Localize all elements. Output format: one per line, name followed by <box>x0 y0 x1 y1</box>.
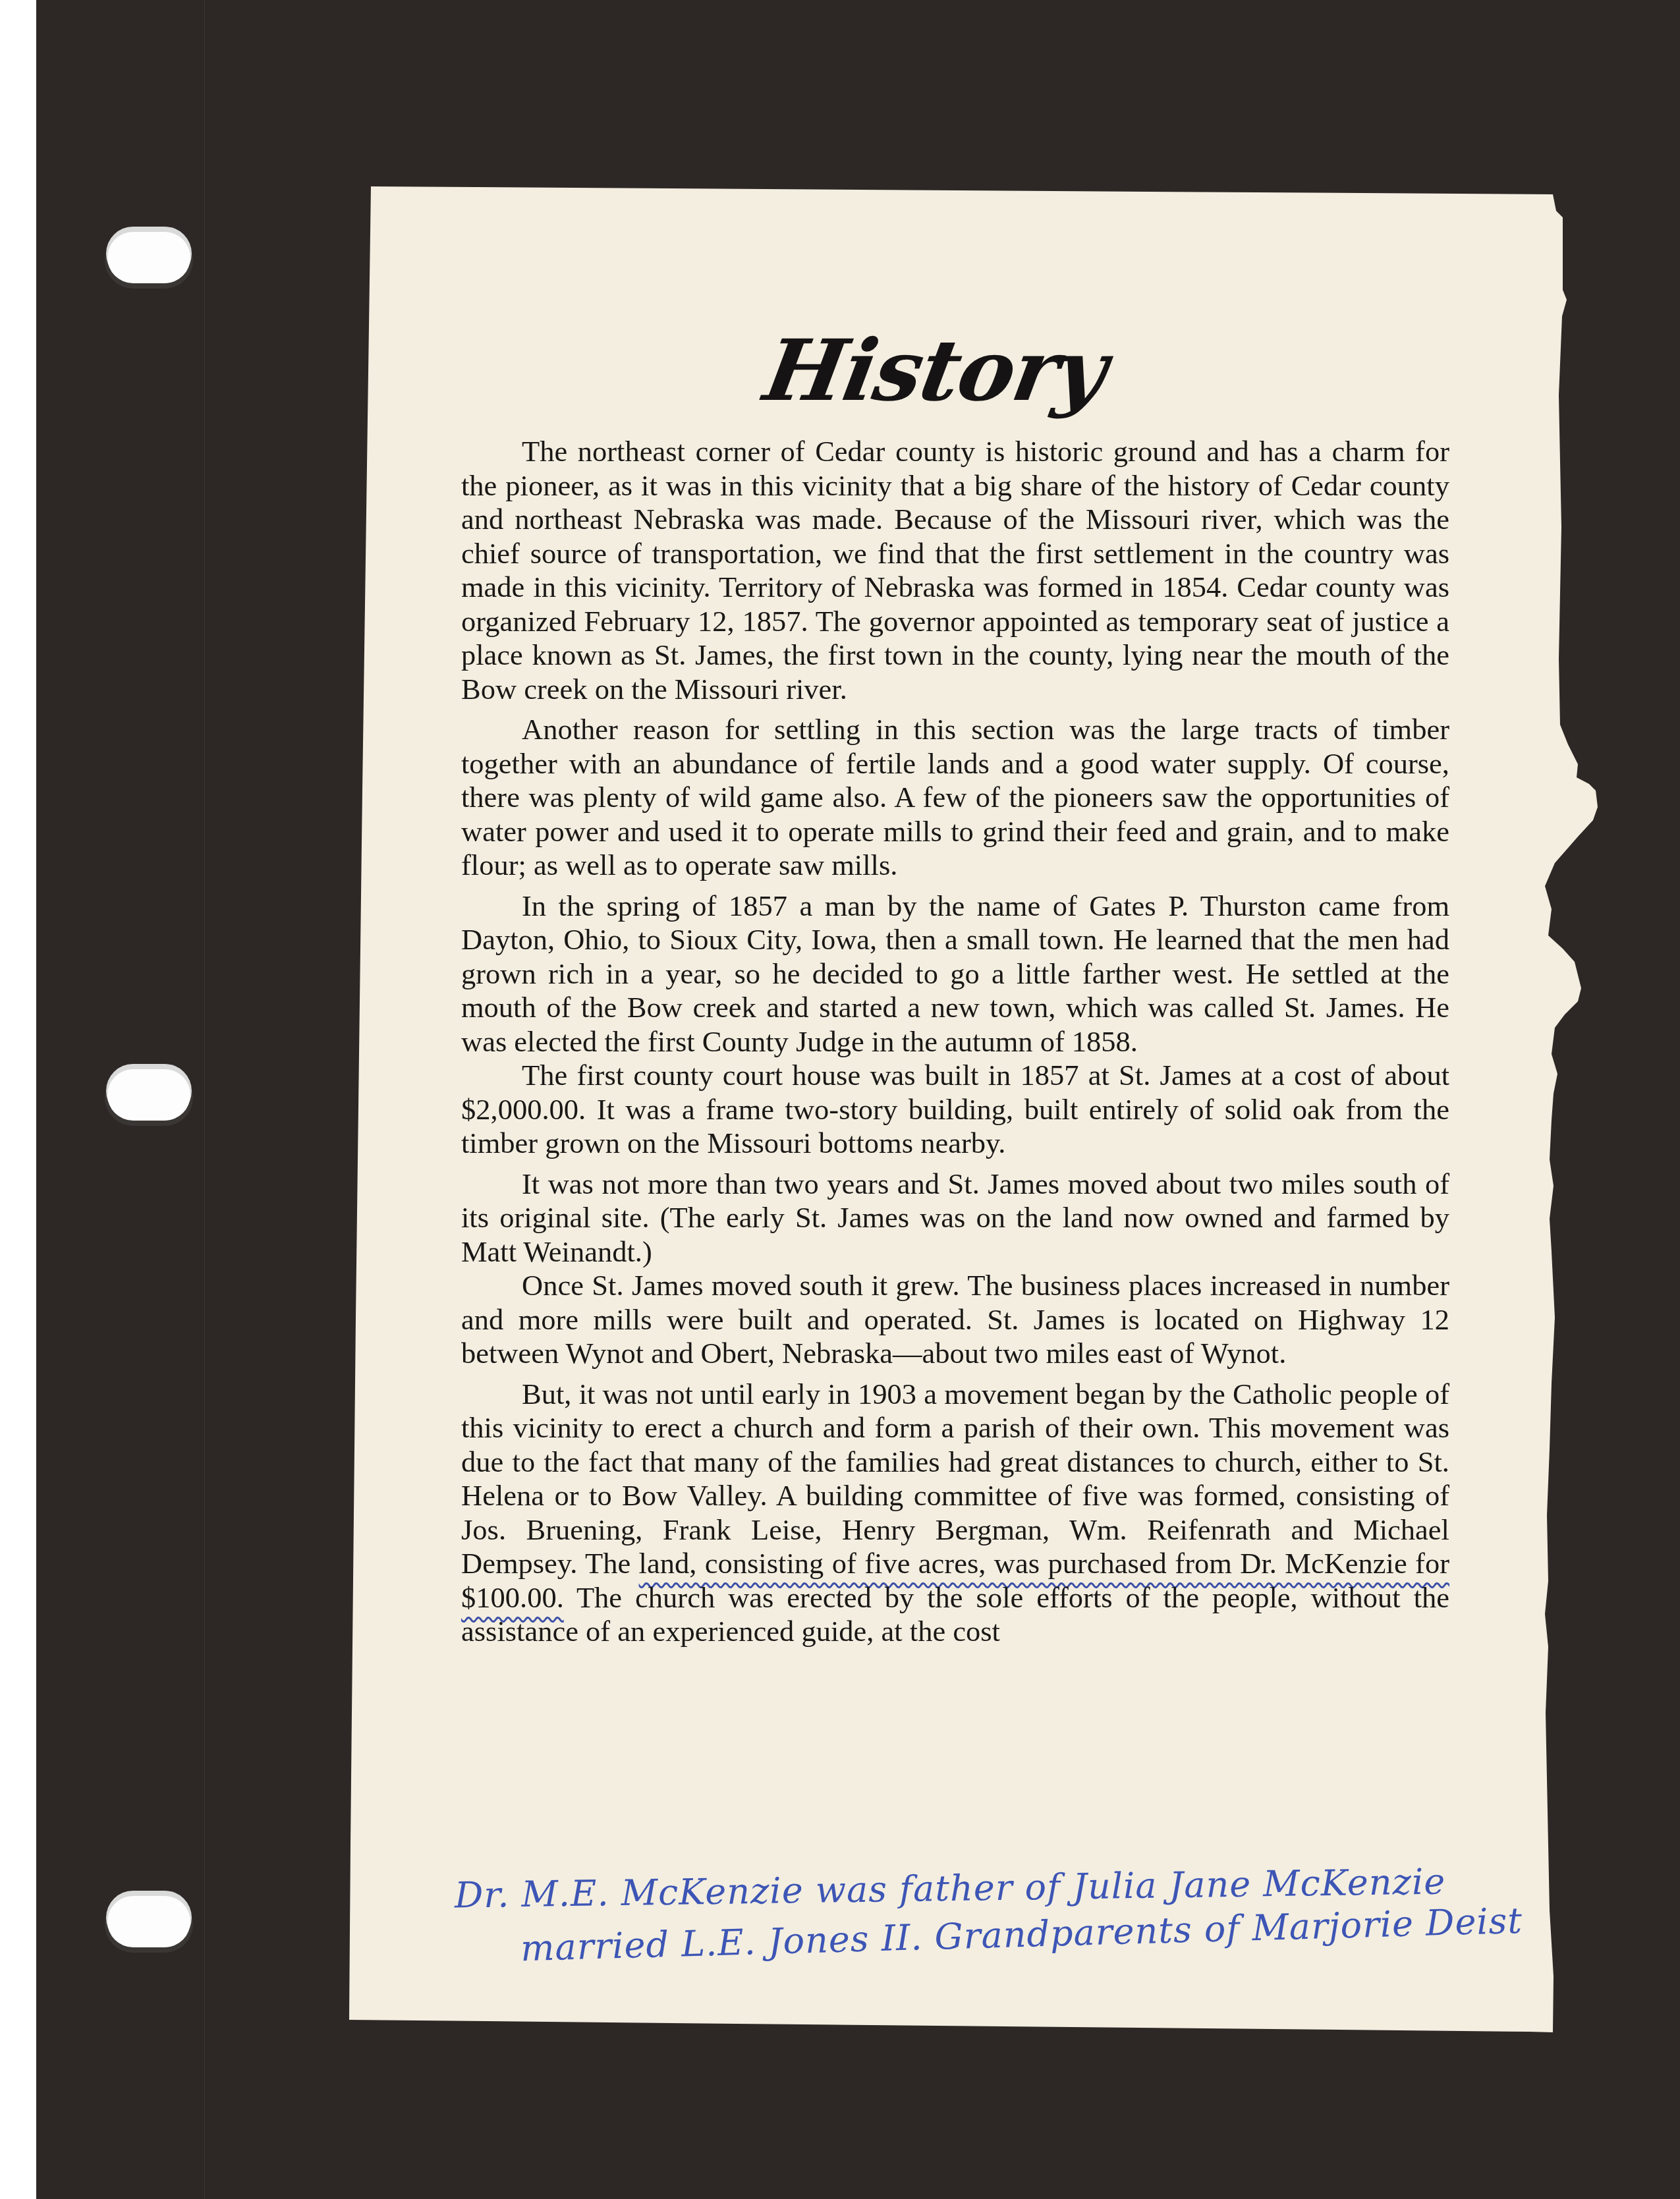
paragraph: Another reason for settling in this sect… <box>461 713 1449 883</box>
text-segment: The church was erected by the sole effor… <box>461 1581 1449 1648</box>
page-title: History <box>749 321 1122 420</box>
paragraph: The northeast corner of Cedar county is … <box>461 435 1449 706</box>
paragraph: Once St. James moved south it grew. The … <box>461 1269 1449 1371</box>
paragraph: It was not more than two years and St. J… <box>461 1167 1449 1269</box>
document-page: History The northeast corner of Cedar co… <box>0 0 1680 2199</box>
paragraph: The first county court house was built i… <box>461 1059 1449 1161</box>
paragraph-church: But, it was not until early in 1903 a mo… <box>461 1378 1449 1649</box>
paragraph: In the spring of 1857 a man by the name … <box>461 889 1449 1059</box>
article-body: The northeast corner of Cedar county is … <box>461 435 1449 1649</box>
